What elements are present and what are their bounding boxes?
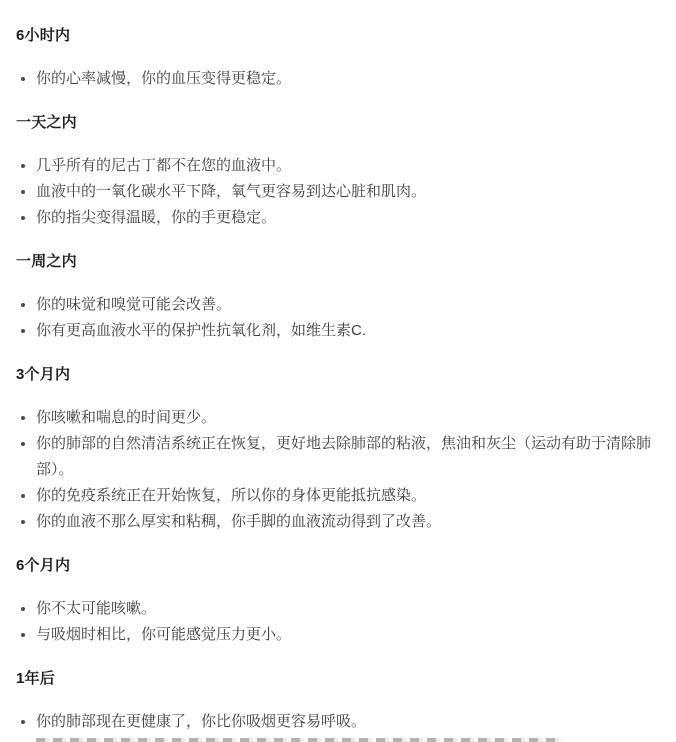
benefit-list: 你的心率减慢，你的血压变得更稳定。 [16,66,661,92]
list-item-text: 你的肺部的自然清洁系统正在恢复，更好地去除肺部的粘液，焦油和灰尘（运动有助于清除… [36,435,651,478]
section-heading: 6小时内 [16,28,661,44]
list-item: 你的血液不那么厚实和粘稠，你手脚的血液流动得到了改善。 [16,509,661,535]
bullet-icon [21,520,25,524]
list-item: 你的免疫系统正在开始恢复，所以你的身体更能抵抗感染。 [16,483,661,509]
list-item-text: 你的心率减慢，你的血压变得更稳定。 [36,70,291,87]
bullet-icon [21,416,25,420]
list-item: 你有更高血液水平的保护性抗氧化剂，如维生素C. [16,318,661,344]
list-item-text: 你的味觉和嗅觉可能会改善。 [36,296,231,313]
section-heading: 3个月内 [16,367,661,383]
section-heading: 一天之内 [16,115,661,131]
bullet-icon [21,442,25,446]
section-3-months: 3个月内 你咳嗽和喘息的时间更少。 你的肺部的自然清洁系统正在恢复，更好地去除肺… [16,344,661,535]
list-item-text: 与吸烟时相比，你可能感觉压力更小。 [36,626,291,643]
list-item: 你的肺部现在更健康了，你比你吸烟更容易呼吸。 [16,709,661,735]
list-item: 你的心率减慢，你的血压变得更稳定。 [16,66,661,92]
section-1-year: 1年后 你的肺部现在更健康了，你比你吸烟更容易呼吸。 [16,648,661,735]
list-item: 你的味觉和嗅觉可能会改善。 [16,292,661,318]
section-6-hours: 6小时内 你的心率减慢，你的血压变得更稳定。 [16,28,661,92]
bullet-icon [21,164,25,168]
bullet-icon [21,77,25,81]
list-item-text: 血液中的一氧化碳水平下降，氧气更容易到达心脏和肌肉。 [36,183,426,200]
bullet-icon [21,607,25,611]
benefit-list: 你咳嗽和喘息的时间更少。 你的肺部的自然清洁系统正在恢复，更好地去除肺部的粘液，… [16,405,661,535]
benefit-list: 你不太可能咳嗽。 与吸烟时相比，你可能感觉压力更小。 [16,596,661,648]
list-item: 血液中的一氧化碳水平下降，氧气更容易到达心脏和肌肉。 [16,179,661,205]
bullet-icon [21,329,25,333]
section-heading: 6个月内 [16,558,661,574]
list-item-text: 你的肺部现在更健康了，你比你吸烟更容易呼吸。 [36,713,366,730]
benefit-list: 你的肺部现在更健康了，你比你吸烟更容易呼吸。 [16,709,661,735]
list-item: 几乎所有的尼古丁都不在您的血液中。 [16,153,661,179]
list-item: 与吸烟时相比，你可能感觉压力更小。 [16,622,661,648]
bullet-icon [21,216,25,220]
list-item-text: 你有更高血液水平的保护性抗氧化剂，如维生素C. [36,322,366,339]
clipped-text-line [36,738,563,742]
list-item-text: 你的免疫系统正在开始恢复，所以你的身体更能抵抗感染。 [36,487,426,504]
list-item: 你咳嗽和喘息的时间更少。 [16,405,661,431]
bullet-icon [21,190,25,194]
list-item: 你的指尖变得温暖，你的手更稳定。 [16,205,661,231]
benefit-list: 你的味觉和嗅觉可能会改善。 你有更高血液水平的保护性抗氧化剂，如维生素C. [16,292,661,344]
document-body: 6小时内 你的心率减慢，你的血压变得更稳定。 一天之内 几乎所有的尼古丁都不在您… [0,0,676,735]
list-item-text: 你不太可能咳嗽。 [36,600,156,617]
bullet-icon [21,720,25,724]
list-item: 你不太可能咳嗽。 [16,596,661,622]
section-1-week: 一周之内 你的味觉和嗅觉可能会改善。 你有更高血液水平的保护性抗氧化剂，如维生素… [16,231,661,344]
section-6-months: 6个月内 你不太可能咳嗽。 与吸烟时相比，你可能感觉压力更小。 [16,535,661,648]
bullet-icon [21,494,25,498]
bullet-icon [21,633,25,637]
section-1-day: 一天之内 几乎所有的尼古丁都不在您的血液中。 血液中的一氧化碳水平下降，氧气更容… [16,92,661,231]
bullet-icon [21,303,25,307]
list-item-text: 你咳嗽和喘息的时间更少。 [36,409,216,426]
section-heading: 一周之内 [16,254,661,270]
benefit-list: 几乎所有的尼古丁都不在您的血液中。 血液中的一氧化碳水平下降，氧气更容易到达心脏… [16,153,661,231]
list-item-text: 几乎所有的尼古丁都不在您的血液中。 [36,157,291,174]
section-heading: 1年后 [16,671,661,687]
list-item: 你的肺部的自然清洁系统正在恢复，更好地去除肺部的粘液，焦油和灰尘（运动有助于清除… [16,431,661,483]
list-item-text: 你的血液不那么厚实和粘稠，你手脚的血液流动得到了改善。 [36,513,441,530]
list-item-text: 你的指尖变得温暖，你的手更稳定。 [36,209,276,226]
